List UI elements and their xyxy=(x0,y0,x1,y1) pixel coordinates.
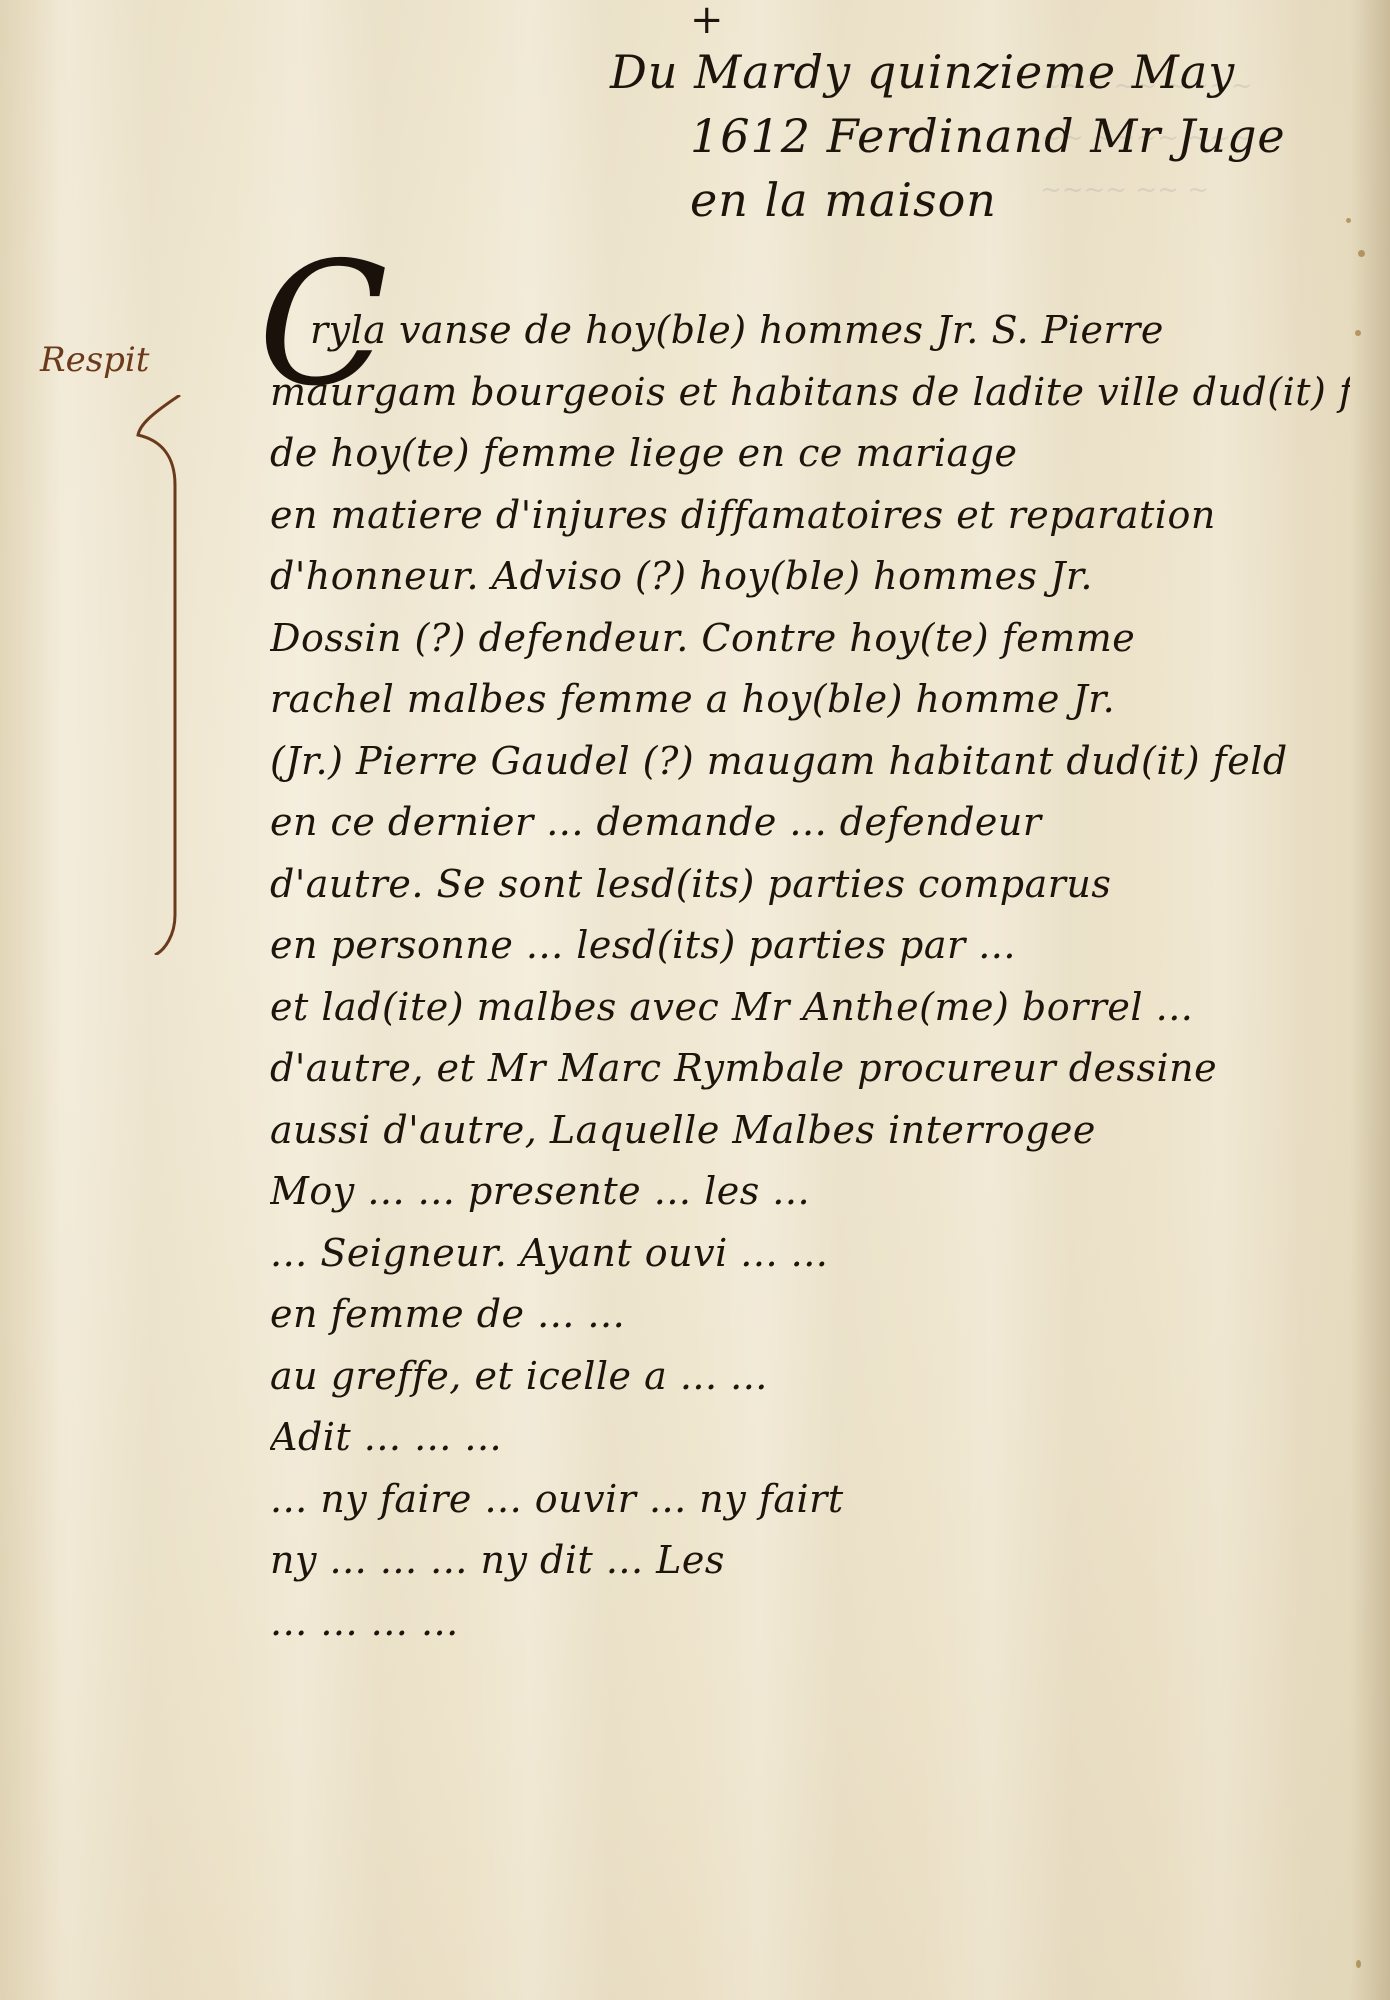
margin-bracket-icon xyxy=(130,395,190,955)
text-line: d'autre, et Mr Marc Rymbale procureur de… xyxy=(270,1038,1350,1100)
paper-stain xyxy=(1355,330,1361,336)
text-line: ... ny faire ... ouvir ... ny fairt xyxy=(270,1469,1350,1531)
paper-stain xyxy=(1346,218,1351,223)
text-line: en matiere d'injures diffamatoires et re… xyxy=(270,485,1350,547)
text-line: au greffe, et icelle a ... ... xyxy=(270,1346,1350,1408)
paper-stain xyxy=(1358,250,1365,257)
heading-line: en la maison xyxy=(610,168,1330,232)
text-line: (Jr.) Pierre Gaudel (?) maugam habitant … xyxy=(270,731,1350,793)
text-line: ryla vanse de hoy(ble) hommes Jr. S. Pie… xyxy=(270,300,1350,362)
manuscript-page: ~~~ ~~ ~~~~ ~~ ~~~~ ~~~ ~~~~ ~~ ~ + Du M… xyxy=(0,0,1390,2000)
text-line: aussi d'autre, Laquelle Malbes interroge… xyxy=(270,1100,1350,1162)
text-line: Dossin (?) defendeur. Contre hoy(te) fem… xyxy=(270,608,1350,670)
text-line: d'autre. Se sont lesd(its) parties compa… xyxy=(270,854,1350,916)
manuscript-body: ryla vanse de hoy(ble) hommes Jr. S. Pie… xyxy=(270,300,1350,1653)
text-line: d'honneur. Adviso (?) hoy(ble) hommes Jr… xyxy=(270,546,1350,608)
heading-line: 1612 Ferdinand Mr Juge xyxy=(610,104,1330,168)
text-line: en ce dernier ... demande ... defendeur xyxy=(270,792,1350,854)
text-line: et lad(ite) malbes avec Mr Anthe(me) bor… xyxy=(270,977,1350,1039)
text-line: ny ... ... ... ny dit ... Les xyxy=(270,1530,1350,1592)
text-line: ... Seigneur. Ayant ouvi ... ... xyxy=(270,1223,1350,1285)
text-line: Moy ... ... presente ... les ... xyxy=(270,1161,1350,1223)
folio-cross-mark: + xyxy=(690,0,724,40)
margin-note: Respit xyxy=(40,340,149,380)
text-line: rachel malbes femme a hoy(ble) homme Jr. xyxy=(270,669,1350,731)
text-line: en personne ... lesd(its) parties par ..… xyxy=(270,915,1350,977)
text-line: Adit ... ... ... xyxy=(270,1407,1350,1469)
text-line: de hoy(te) femme liege en ce mariage xyxy=(270,423,1350,485)
entry-heading: Du Mardy quinzieme May 1612 Ferdinand Mr… xyxy=(610,40,1330,232)
text-line: en femme de ... ... xyxy=(270,1284,1350,1346)
paper-stain xyxy=(1356,1960,1361,1968)
text-line: maurgam bourgeois et habitans de ladite … xyxy=(270,362,1350,424)
heading-line: Du Mardy quinzieme May xyxy=(610,40,1330,104)
text-line: ... ... ... ... xyxy=(270,1592,1350,1654)
